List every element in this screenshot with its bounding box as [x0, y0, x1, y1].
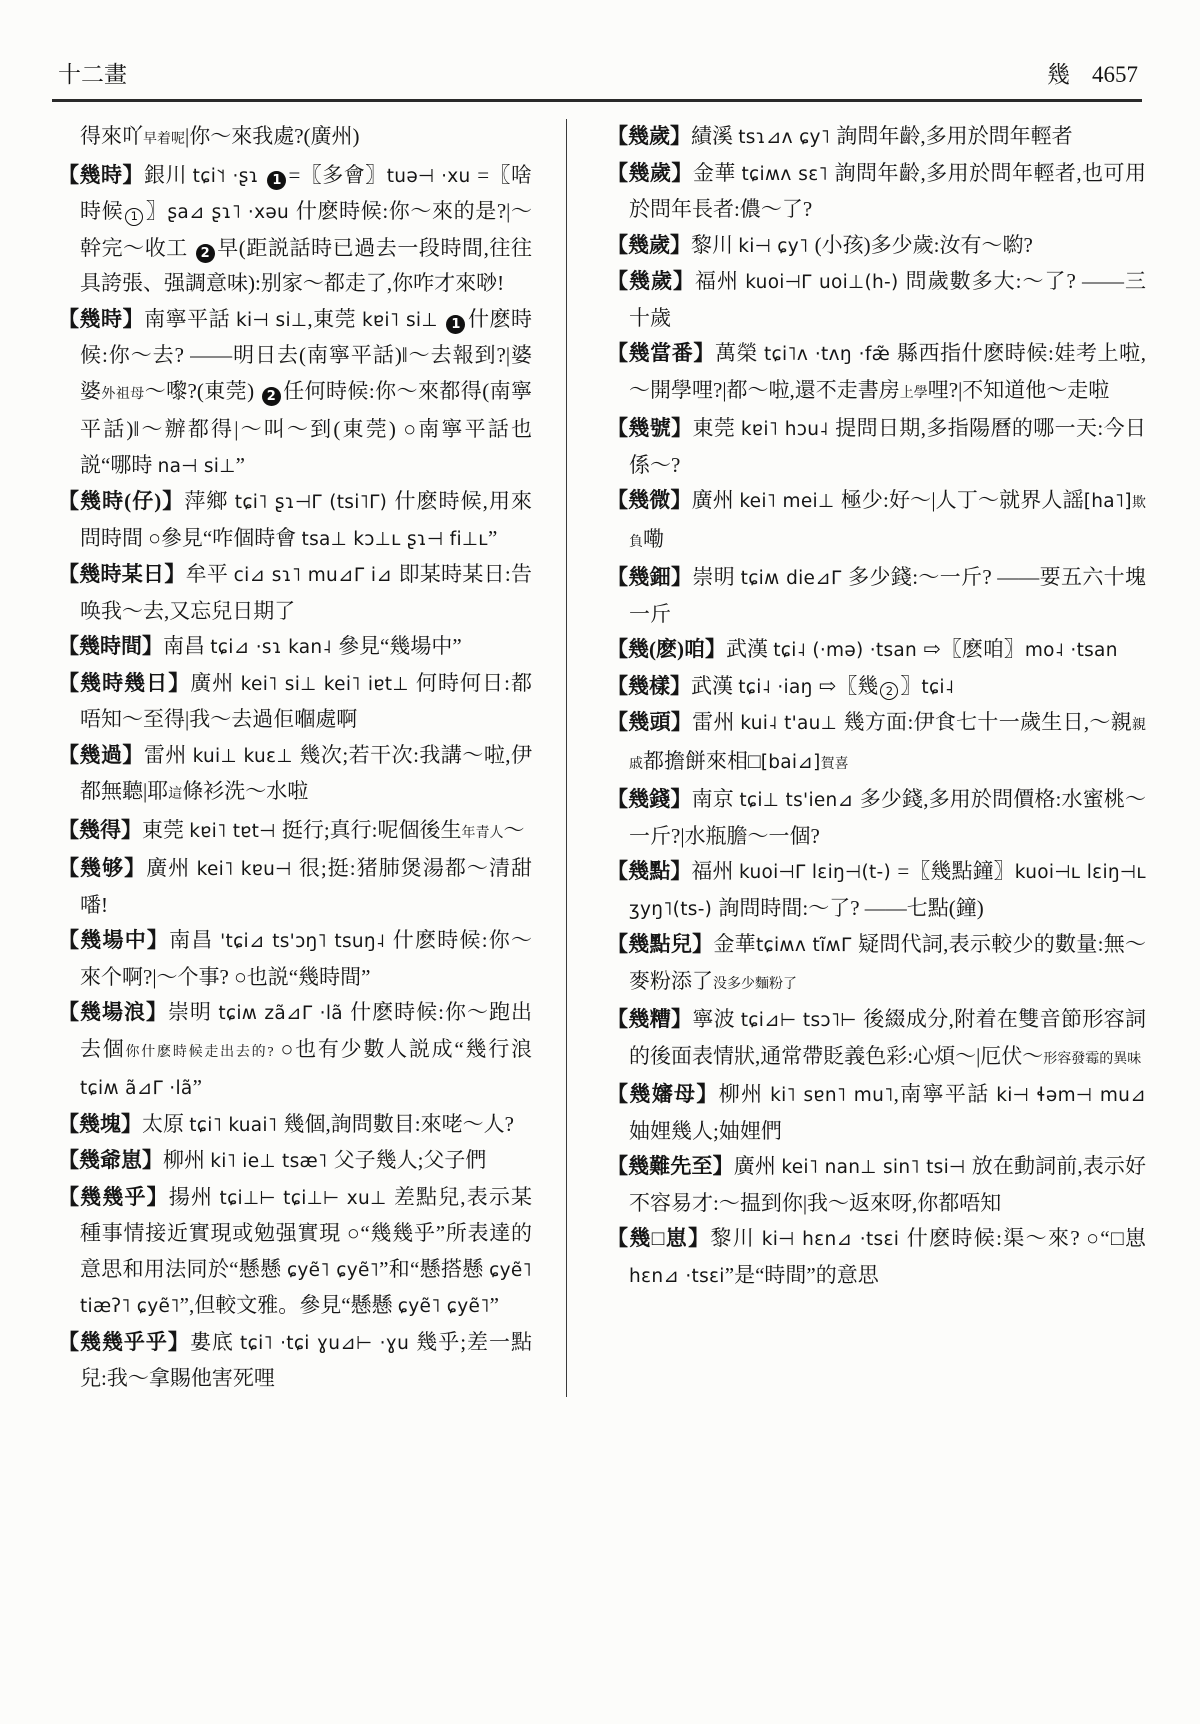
entry-definition-text: 哩?|不知道他～走啦	[928, 378, 1110, 402]
ipa-transcription: ki⊣ ɕy˥	[738, 236, 814, 257]
dict-entry: 【幾幾乎】揚州 tɕi⊥⊢ tɕi⊥⊢ xu⊥ 差點兒,表示某種事情接近實現或勉…	[58, 1180, 532, 1325]
ipa-transcription: tɕiʍʌ tĩʍΓ	[756, 935, 858, 956]
stroke-section-label: 十二畫	[58, 56, 127, 89]
entry-definition-text: ”是“時間”的意思	[725, 1263, 879, 1287]
ipa-transcription: tɕi˨ (·mə) ·tsan	[773, 640, 923, 661]
small-gloss: 你什麽時候走出去的?	[126, 1045, 274, 1060]
entry-definition-text: 萍鄉	[184, 489, 234, 513]
entry-definition-text: 黎川	[710, 1226, 761, 1250]
dict-entry: 【幾嬸母】柳州 ki˥ sɐn˥ mu˥,南寧平話 ki⊣ ɬəm⊣ mu⊿ 妯…	[607, 1077, 1146, 1149]
entry-definition-text: ～嚟?(東莞)	[145, 379, 260, 403]
dict-entry: 【幾幾乎乎】婁底 tɕi˥ ·tɕi ɣu⊿⊢ ·ɣu 幾乎;差一點兒:我～拿賜…	[58, 1325, 532, 1397]
entry-headword: 【幾點兒】	[607, 932, 713, 956]
entry-definition-text: ○也有少數人説成“幾行浪	[274, 1037, 532, 1061]
entry-headword: 【幾塊】	[58, 1112, 142, 1136]
entry-definition-text: 寧波	[692, 1007, 740, 1031]
entry-headword: 【幾當番】	[607, 341, 715, 365]
entry-definition-text: ”和“懸搭懸	[379, 1257, 489, 1281]
entry-headword: 【幾過】	[58, 743, 144, 767]
entry-definition-text: 太原	[142, 1112, 189, 1136]
entry-headword: 【幾時間】	[58, 634, 163, 658]
ipa-transcription: hɛn⊿ ·tsɛi	[629, 1266, 725, 1287]
entry-definition-text: 詢問年齡,多用於問年輕者	[836, 124, 1072, 148]
running-head: 幾 4657	[1047, 56, 1138, 89]
entry-definition-text: 婁底	[190, 1330, 240, 1354]
ipa-transcription: ɕyẽ˥ ɕyẽ˥	[287, 1260, 379, 1281]
small-gloss: 這	[168, 787, 182, 802]
entry-definition-text: 廣州	[734, 1154, 782, 1178]
small-gloss: 早着呢	[143, 132, 185, 147]
entry-headword: 【幾□崽】	[607, 1226, 710, 1250]
entry-headword: 【幾錢】	[607, 787, 692, 811]
dict-entry: 【幾時某日】牟平 ci⊿ sɿ˥ mu⊿Γ i⊿ 即某時某日:告唤我～去,又忘兒…	[58, 557, 532, 629]
dict-entry: 【幾場中】南昌 'tɕi⊿ ts'ɔŋ˥ tsuŋ˨ 什麽時候:你～來个啊?|～…	[58, 923, 532, 995]
white-circled-number: 2	[880, 682, 898, 700]
entry-definition-text: 柳州	[719, 1082, 770, 1106]
running-head-character: 幾	[1047, 56, 1070, 89]
entry-definition-text: |你～來我處?(廣州)	[185, 124, 360, 148]
ipa-transcription: kui⊥ kuɛ⊥	[193, 746, 300, 767]
entry-definition-text: 〗	[145, 199, 167, 223]
entry-definition-text: 萬榮	[715, 341, 764, 365]
entry-definition-text: 南昌	[169, 928, 220, 952]
dict-entry: 【幾塊】太原 tɕi˥ kuai˥ 幾個,詢問數目:來咾～人?	[58, 1107, 532, 1144]
dict-entry: 【幾(麽)咱】武漢 tɕi˨ (·mə) ·tsan ⇨〖麽咱〗mo˨ ·tsa…	[607, 632, 1146, 669]
entry-definition-text: ”	[193, 1075, 202, 1099]
entry-headword: 【幾時】	[58, 163, 144, 187]
black-circled-number: 2	[262, 387, 281, 406]
ipa-transcription: tɕi˥ʌ ·tʌŋ ·fæ̃	[764, 344, 897, 365]
entry-headword: 【幾够】	[58, 856, 146, 880]
ipa-transcription: kei˥ mei⊥	[739, 491, 840, 512]
ipa-transcription: ki˥ ie⊥ tsæ˥	[210, 1151, 333, 1172]
dict-entry: 【幾歲】黎川 ki⊣ ɕy˥ (小孩)多少歲:汝有～喲?	[607, 228, 1146, 265]
dict-entry: 【幾微】廣州 kei˥ mei⊥ 極少:好～|人丁～就界人謡[ha˥]欺負嘞	[607, 483, 1146, 560]
ipa-transcription: ki⊣ si⊥	[236, 310, 307, 331]
entry-definition-text: 南寧平話	[144, 307, 236, 331]
ipa-transcription: tɕiʍ ã⊿Γ ·lã	[80, 1078, 193, 1099]
entry-definition-text: 崇明	[692, 565, 740, 589]
ipa-transcription: tsa⊥ kɔ⊥ʟ ʂɿ⊣ fi⊥ʟ	[302, 529, 488, 550]
entry-headword: 【幾嬸母】	[607, 1082, 719, 1106]
entry-headword: 【幾幾乎】	[58, 1185, 169, 1209]
entry-definition-text: 武漢	[726, 637, 773, 661]
ipa-transcription: tɕi⊥⊢ tɕi⊥⊢ xu⊥	[220, 1188, 394, 1209]
entry-definition-text: 牟平	[186, 562, 234, 586]
ipa-transcription: kɐi˥ si⊥	[362, 310, 444, 331]
dict-entry: 【幾歲】績溪 tsɿ⊿ʌ ɕy˥ 詢問年齡,多用於問年輕者	[607, 119, 1146, 156]
dict-entry: 【幾場浪】崇明 tɕiʍ zã⊿Γ ·lã 什麽時候:你～跑出去個你什麽時候走出…	[58, 995, 532, 1107]
entry-definition-text: 廣州	[190, 671, 240, 695]
entry-definition-text: 崇明	[168, 1000, 218, 1024]
dict-entry: 【幾歲】福州 kuoi⊣Γ uoi⊥(h-) 問歲數多大:～了? ——三十歲	[607, 264, 1146, 336]
ipa-transcription: kuoi⊣Γ lɛiŋ⊣(t-)	[739, 862, 897, 883]
ipa-transcription: tɕi˥ ʂɿ⊣Γ (tsi˥Γ)	[235, 492, 395, 513]
ipa-transcription: kɐi˥ tɐt⊣	[189, 821, 282, 842]
dict-entry: 【幾時幾日】廣州 kei˥ si⊥ kei˥ iɐt⊥ 何時何日:都唔知～至得|…	[58, 666, 532, 738]
entry-definition-text: 廣州	[146, 856, 196, 880]
ipa-transcription: na⊣ si⊥	[158, 456, 236, 477]
black-circled-number: 2	[196, 244, 215, 263]
page-header: 十二畫 幾 4657	[0, 56, 1200, 89]
dict-entry: 【幾樣】武漢 tɕi˨ ·iaŋ ⇨〖幾2〗tɕi˨	[607, 669, 1146, 706]
white-circled-number: 1	[125, 208, 143, 226]
entry-definition-text: 雷州	[144, 743, 193, 767]
ipa-transcription: 'tɕi⊿ ts'ɔŋ˥ tsuŋ˨	[220, 931, 393, 952]
entry-definition-text: ,東莞	[307, 307, 362, 331]
ipa-transcription: [ha˥]	[1084, 491, 1132, 512]
entry-definition-text: 極少:好～|人丁～就界人謡	[841, 488, 1084, 512]
ipa-transcription: kei˥ kɐu⊣	[197, 859, 299, 880]
entry-definition-text: 東莞	[142, 818, 189, 842]
entry-headword: 【幾爺崽】	[58, 1148, 163, 1172]
entry-headword: 【幾場浪】	[58, 1000, 168, 1024]
entry-definition-text: ”	[488, 526, 497, 550]
ipa-transcription: ɕyẽ˥ ɕyẽ˥	[398, 1296, 490, 1317]
entry-headword: 【幾微】	[607, 488, 692, 512]
entry-definition-text: 幾方面:伊食七十一歲生日,～親	[844, 710, 1132, 734]
ipa-transcription: ci⊿ sɿ˥ mu⊿Γ i⊿	[234, 565, 399, 586]
entry-definition-text: =〖多會〗	[288, 163, 386, 187]
entry-definition-text: ⇨〖麽咱〗	[923, 637, 1025, 661]
entry-definition-text: 條衫洗～水啦	[182, 779, 308, 803]
entry-definition-text: 雷州	[692, 710, 740, 734]
small-gloss: 賀喜	[821, 757, 849, 772]
entry-headword: 【幾樣】	[607, 674, 691, 698]
ipa-transcription: [bai⊿]	[761, 752, 821, 773]
dict-entry: 【幾時】銀川 tɕi˥˦ ·ʂɿ 1=〖多會〗tuə⊣ ·xu =〖啥時候1〗ʂ…	[58, 158, 532, 302]
entry-definition-text: 績溪	[691, 124, 738, 148]
small-gloss: 年青人	[462, 826, 504, 841]
entry-headword: 【幾得】	[58, 818, 142, 842]
entry-definition-text: ”	[490, 1293, 499, 1317]
dictionary-body: 得來吖早着呢|你～來我處?(廣州)【幾時】銀川 tɕi˥˦ ·ʂɿ 1=〖多會〗…	[0, 119, 1200, 1397]
entry-definition-text: 父子幾人;父子們	[334, 1148, 487, 1172]
dict-entry: 【幾爺崽】柳州 ki˥ ie⊥ tsæ˥ 父子幾人;父子們	[58, 1143, 532, 1180]
entry-definition-text: 金華	[693, 161, 742, 185]
entry-definition-text: 柳州	[163, 1148, 210, 1172]
dict-entry: 【幾時(仔)】萍鄉 tɕi˥ ʂɿ⊣Γ (tsi˥Γ) 什麽時候,用來問時間 ○…	[58, 484, 532, 557]
entry-definition-text: 挺行;真行:呢個後生	[282, 818, 462, 842]
ipa-transcription: tɕiʍʌ sɛ˥	[742, 164, 835, 185]
entry-headword: 【幾時幾日】	[58, 671, 190, 695]
ipa-transcription: ki⊣ ɬəm⊣ mu⊿	[996, 1085, 1146, 1106]
dict-entry: 【幾糟】寧波 tɕi⊿⊢ tsɔ˥⊢ 後綴成分,附着在雙音節形容詞的後面表情狀,…	[607, 1002, 1146, 1077]
entry-definition-text: 金華	[713, 932, 756, 956]
entry-definition-text: 黎川	[691, 233, 738, 257]
dict-entry: 【幾□崽】黎川 ki⊣ hɛn⊿ ·tsɛi 什麽時候:渠～來? ○“□崽 hɛ…	[607, 1221, 1146, 1294]
entry-definition-text: =〖幾點鐘〗	[897, 859, 1014, 883]
entry-definition-text: (小孩)多少歲:汝有～喲?	[815, 233, 1033, 257]
entry-definition-text: ,南寧平話	[894, 1082, 997, 1106]
entry-definition-text: 東莞	[693, 416, 741, 440]
entry-definition-text: 幾個,詢問數目:來咾～人?	[283, 1112, 513, 1136]
ipa-transcription: tɕi⊥ ts'ien⊿	[739, 790, 859, 811]
dict-entry: 【幾當番】萬榮 tɕi˥ʌ ·tʌŋ ·fæ̃ 縣西指什麽時候:娃考上啦,～開學…	[607, 336, 1146, 411]
entry-headword: 【幾(麽)咱】	[607, 637, 726, 661]
dict-entry: 【幾點兒】金華tɕiʍʌ tĩʍΓ 疑問代詞,表示較少的數量:無～麥粉添了没多少…	[607, 927, 1146, 1002]
entry-definition-text: 參見“幾場中”	[338, 634, 462, 658]
dict-entry: 【幾難先至】廣州 kei˥ nan⊥ sin˥ tsi⊣ 放在動詞前,表示好不容…	[607, 1149, 1146, 1221]
entry-headword: 【幾時(仔)】	[58, 489, 184, 513]
ipa-transcription: tɕi˨	[921, 677, 954, 698]
ipa-transcription: ki˥ sɐn˥ mu˥	[770, 1085, 894, 1106]
right-column: 【幾歲】績溪 tsɿ⊿ʌ ɕy˥ 詢問年齡,多用於問年輕者【幾歲】金華 tɕiʍ…	[566, 119, 1146, 1397]
dict-entry: 【幾得】東莞 kɐi˥ tɐt⊣ 挺行;真行:呢個後生年青人～	[58, 813, 532, 852]
dict-entry: 【幾時間】南昌 tɕi⊿ ·sɿ kan˨ 參見“幾場中”	[58, 629, 532, 666]
ipa-transcription: tɕiʍ die⊿Γ	[741, 568, 849, 589]
entry-headword: 【幾場中】	[58, 928, 169, 952]
ipa-transcription: tɕi˥ ·tɕi ɣu⊿⊢ ·ɣu	[240, 1333, 416, 1354]
entry-definition-text: 南昌	[163, 634, 210, 658]
entry-headword: 【幾歲】	[607, 124, 691, 148]
entry-definition-text: 都擔餅來相□	[643, 749, 761, 773]
ipa-transcription: ʂa⊿ ʂɿ˥ ·xəu	[167, 202, 295, 223]
entry-definition-text: 什麽時候:渠～來? ○“□崽	[907, 1226, 1146, 1250]
dict-entry-continuation: 得來吖早着呢|你～來我處?(廣州)	[58, 119, 532, 158]
small-gloss: 没多少麵粉了	[713, 977, 797, 992]
small-gloss: 外祖母	[101, 387, 144, 402]
ipa-transcription: tɕi˥ kuai˥	[189, 1115, 283, 1136]
ipa-transcription: tuə⊣ ·xu	[387, 166, 477, 187]
entry-definition-text: 銀川	[144, 163, 193, 187]
entry-definition-text: 廣州	[692, 488, 740, 512]
ipa-transcription: kuoi⊣Γ uoi⊥(h-)	[745, 272, 905, 293]
entry-definition-text: 福州	[691, 859, 739, 883]
ipa-transcription: kei˥ nan⊥ sin˥ tsi⊣	[781, 1157, 971, 1178]
ipa-transcription: tɕiʍ zã⊿Γ ·lã	[218, 1003, 350, 1024]
dict-entry: 【幾够】廣州 kei˥ kɐu⊣ 很;挺:猪肺煲湯都～清甜噃!	[58, 851, 532, 923]
entry-definition-text: 嘞	[643, 527, 664, 551]
entry-headword: 【幾幾乎乎】	[58, 1330, 190, 1354]
ipa-transcription: kei˥ si⊥ kei˥ iɐt⊥	[241, 674, 416, 695]
entry-definition-text: ⇨〖幾	[819, 674, 879, 698]
ipa-transcription: tsɿ⊿ʌ ɕy˥	[738, 127, 836, 148]
ipa-transcription: tɕi⊿⊢ tsɔ˥⊢	[741, 1010, 864, 1031]
ipa-transcription: tɕi˥˦ ·ʂɿ	[193, 166, 266, 187]
ipa-transcription: ki⊣ hɛn⊿ ·tsɛi	[762, 1229, 907, 1250]
entry-headword: 【幾歲】	[607, 161, 693, 185]
page-number: 4657	[1092, 62, 1138, 88]
ipa-transcription: kui˨ t'au⊥	[740, 713, 843, 734]
black-circled-number: 1	[446, 315, 465, 334]
left-column: 得來吖早着呢|你～來我處?(廣州)【幾時】銀川 tɕi˥˦ ·ʂɿ 1=〖多會〗…	[58, 119, 532, 1397]
entry-headword: 【幾號】	[607, 416, 693, 440]
ipa-transcription: tɕi⊿ ·sɿ kan˨	[210, 637, 338, 658]
ipa-transcription: kɐi˥ hɔu˨	[741, 419, 835, 440]
entry-headword: 【幾鈿】	[607, 565, 692, 589]
entry-headword: 【幾頭】	[607, 710, 692, 734]
dict-entry: 【幾頭】雷州 kui˨ t'au⊥ 幾方面:伊食七十一歲生日,～親親戚都擔餅來相…	[607, 705, 1146, 782]
entry-headword: 【幾時】	[58, 307, 144, 331]
black-circled-number: 1	[267, 171, 286, 190]
dict-entry: 【幾鈿】崇明 tɕiʍ die⊿Γ 多少錢:～一斤? ——要五六十塊一斤	[607, 560, 1146, 632]
small-gloss: 形容發霉的異味	[1043, 1052, 1141, 1067]
dict-entry: 【幾過】雷州 kui⊥ kuɛ⊥ 幾次;若干次:我講～啦,伊都無聽|耶這條衫洗～…	[58, 738, 532, 813]
entry-headword: 【幾歲】	[607, 233, 691, 257]
entry-headword: 【幾歲】	[607, 269, 695, 293]
dict-entry: 【幾錢】南京 tɕi⊥ ts'ien⊿ 多少錢,多用於問價格:水蜜桃～一斤?|水…	[607, 782, 1146, 854]
entry-headword: 【幾難先至】	[607, 1154, 734, 1178]
small-gloss: 上學	[900, 386, 928, 401]
entry-definition-text: ～	[504, 818, 525, 842]
entry-definition-text: 南京	[692, 787, 740, 811]
dict-entry: 【幾歲】金華 tɕiʍʌ sɛ˥ 詢問年齡,多用於問年輕者,也可用於問年長者:儂…	[607, 156, 1146, 228]
entry-definition-text: 福州	[695, 269, 745, 293]
header-rule	[52, 99, 1142, 102]
entry-definition-text: ”,但較文雅。參見“懸懸	[180, 1293, 398, 1317]
ipa-transcription: mo˨ ·tsan	[1025, 640, 1118, 661]
dict-entry: 【幾時】南寧平話 ki⊣ si⊥,東莞 kɐi˥ si⊥ 1什麽時候:你～去? …	[58, 302, 532, 485]
entry-definition-text: 詢問時間:～了? ——七點(鐘)	[718, 896, 983, 920]
entry-definition-text: ”	[236, 453, 245, 477]
entry-definition-text: 得來吖	[80, 124, 143, 148]
entry-definition-text: 揚州	[169, 1185, 220, 1209]
ipa-transcription: tɕi˨ ·iaŋ	[738, 677, 819, 698]
dict-entry: 【幾點】福州 kuoi⊣Γ lɛiŋ⊣(t-) =〖幾點鐘〗kuoi⊣ʟ lɛi…	[607, 854, 1146, 927]
entry-headword: 【幾時某日】	[58, 562, 186, 586]
entry-definition-text: 妯娌幾人;妯娌們	[629, 1119, 782, 1143]
dict-entry: 【幾號】東莞 kɐi˥ hɔu˨ 提問日期,多指陽曆的哪一天:今日係～?	[607, 411, 1146, 483]
entry-headword: 【幾點】	[607, 859, 691, 883]
entry-definition-text: 〗	[900, 674, 921, 698]
entry-definition-text: 武漢	[691, 674, 738, 698]
entry-headword: 【幾糟】	[607, 1007, 692, 1031]
